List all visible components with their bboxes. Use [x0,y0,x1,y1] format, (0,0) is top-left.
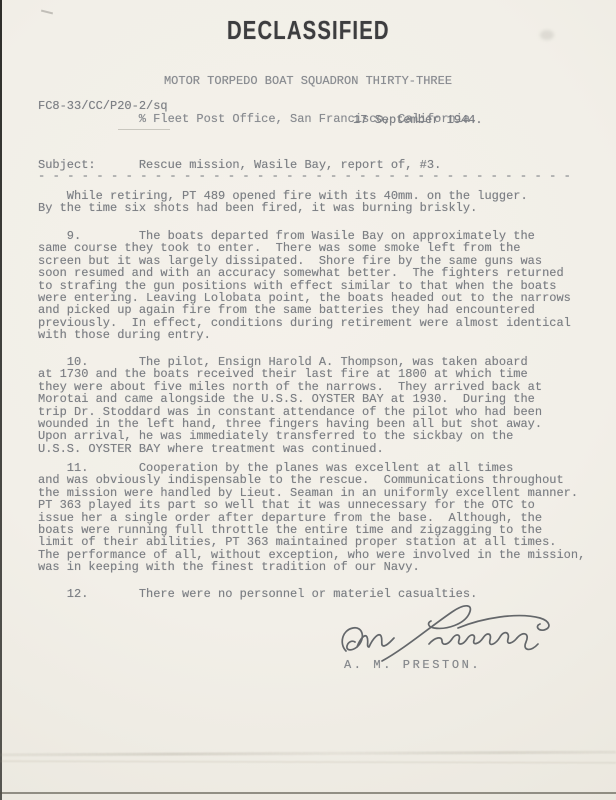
scan-smudge [540,30,554,40]
paragraph-line: and was obviously indispensable to the r… [38,474,585,486]
scan-bottom-edge [0,792,616,794]
file-reference: FC8-33/CC/P20-2/sq [38,100,168,112]
document-page: DECLASSIFIED MOTOR TORPEDO BOAT SQUADRON… [0,0,616,800]
paragraph-line: with those during entry. [38,329,571,341]
paper-crease [0,751,616,757]
declassified-stamp-text: DECLASSIFIED [227,15,390,46]
paragraph-line: soon resumed and with an accuracy somewh… [38,267,571,279]
faint-pencil-line [118,129,170,130]
paragraph-line: and picked up again fire from the same b… [38,304,571,316]
paragraph-line: Upon arrival, he was immediately transfe… [38,430,542,442]
paragraph-line: same course they took to enter. There wa… [38,242,571,254]
paragraph: 11. Cooperation by the planes was excell… [38,462,585,574]
signed-name: A. M. PRESTON. [344,659,481,671]
scan-left-edge [0,0,2,800]
dashed-separator: - - - - - - - - - - - - - - - - - - - - … [38,170,571,182]
paragraph-line: By the time six shots had been fired, it… [38,202,528,214]
date-line: 17 September 1944. [353,114,483,126]
paragraph: While retiring, PT 489 opened fire with … [38,190,528,215]
paragraph-line: Morotai and came alongside the U.S.S. OY… [38,393,542,405]
paragraph: 9. The boats departed from Wasile Bay on… [38,230,571,342]
paragraph-line: PT 363 played its part so well that it w… [38,499,585,511]
paragraph-line: limit of their abilities, PT 363 maintai… [38,536,585,548]
letterhead-org-line: MOTOR TORPEDO BOAT SQUADRON THIRTY-THREE [0,75,616,88]
paragraph-line: U.S.S. OYSTER BAY where treatment was co… [38,443,542,455]
paragraph-line: at 1730 and the boats received their las… [38,368,542,380]
scan-mark [41,10,53,15]
paragraph: 10. The pilot, Ensign Harold A. Thompson… [38,356,542,455]
declassified-stamp: DECLASSIFIED [0,15,616,46]
paper-crease [0,760,616,764]
paragraph-line: was in keeping with the finest tradition… [38,561,585,573]
letterhead-address-line: % Fleet Post Office, San Francisco, Cali… [0,113,616,126]
